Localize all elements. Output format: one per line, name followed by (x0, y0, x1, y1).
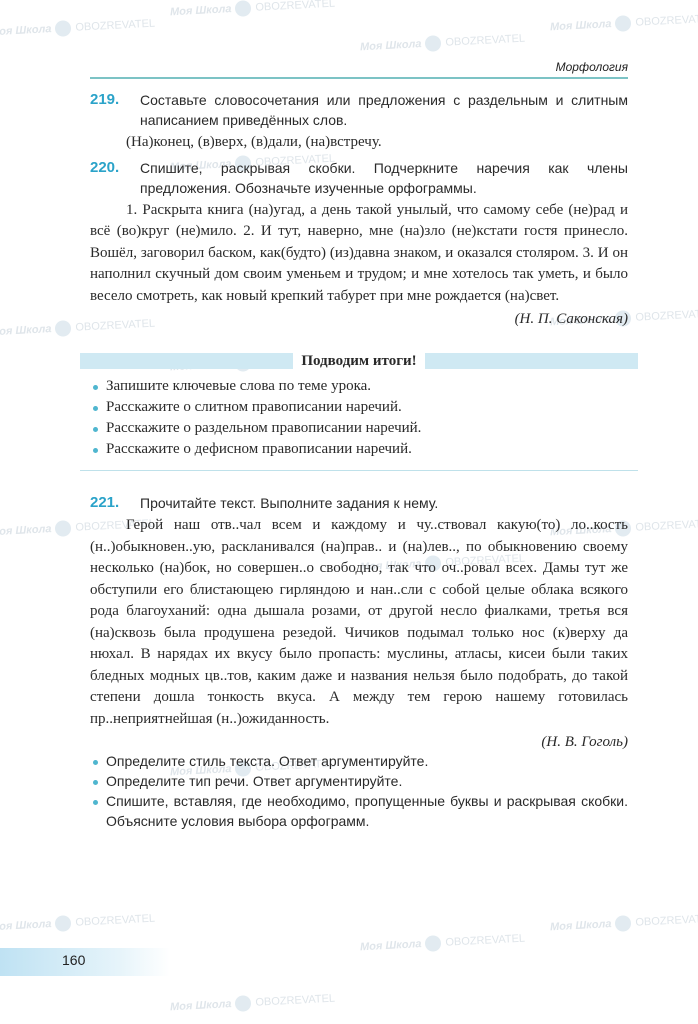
watermark: Моя ШколаOBOZREVATEL (550, 11, 698, 36)
task-220-text: 1. Раскрыта книга (на)угад, а день такой… (90, 200, 628, 308)
watermark: Моя ШколаOBOZREVATEL (360, 31, 526, 56)
watermark: Моя ШколаOBOZREVATEL (550, 911, 698, 936)
assignment-item: Определите тип речи. Ответ аргументируйт… (90, 771, 628, 791)
summary-item: Расскажите о слитном правописании наречи… (90, 397, 628, 418)
summary-item: Запишите ключевые слова по теме урока. (90, 376, 628, 397)
task-instruction: Спишите, раскрывая скобки. Подчеркните н… (140, 158, 628, 198)
task-221-author: (Н. В. Гоголь) (90, 734, 628, 751)
page-number: 160 (62, 952, 85, 968)
task-221-text: Герой наш отв..чал всем и каждому и чу..… (90, 515, 628, 730)
task-219-words: (На)конец, (в)верх, (в)дали, (на)встречу… (90, 132, 628, 154)
task-number: 221. (90, 493, 119, 513)
watermark: Моя ШколаOBOZREVATEL (0, 911, 155, 936)
summary-list: Запишите ключевые слова по теме урока. Р… (90, 376, 628, 460)
task-221-assignments: Определите стиль текста. Ответ аргументи… (90, 751, 628, 831)
summary-box: Подводим итоги! Запишите ключевые слова … (80, 346, 638, 471)
page-content: 219. Составьте словосочетания или предло… (90, 90, 628, 831)
watermark: Моя ШколаOBOZREVATEL (170, 0, 336, 20)
watermark: Моя ШколаOBOZREVATEL (170, 991, 336, 1016)
task-instruction: Прочитайте текст. Выполните задания к не… (140, 493, 628, 513)
assignment-item: Спишите, вставляя, где необходимо, пропу… (90, 791, 628, 831)
header-rule (90, 77, 628, 79)
watermark: Моя ШколаOBOZREVATEL (360, 931, 526, 956)
watermark: Моя ШколаOBOZREVATEL (0, 16, 155, 41)
summary-item: Расскажите о раздельном правописании нар… (90, 418, 628, 439)
task-221: 221. Прочитайте текст. Выполните задания… (90, 493, 628, 513)
task-220-author: (Н. П. Саконская) (90, 311, 628, 328)
task-instruction: Составьте словосочетания или предложения… (140, 90, 628, 130)
assignment-item: Определите стиль текста. Ответ аргументи… (90, 751, 628, 771)
section-title: Морфология (556, 60, 628, 74)
task-220: 220. Спишите, раскрывая скобки. Подчеркн… (90, 158, 628, 198)
task-219: 219. Составьте словосочетания или предло… (90, 90, 628, 130)
summary-item: Расскажите о дефисном правописании нареч… (90, 439, 628, 460)
summary-title: Подводим итоги! (90, 346, 628, 376)
task-number: 220. (90, 158, 119, 178)
task-number: 219. (90, 90, 119, 110)
